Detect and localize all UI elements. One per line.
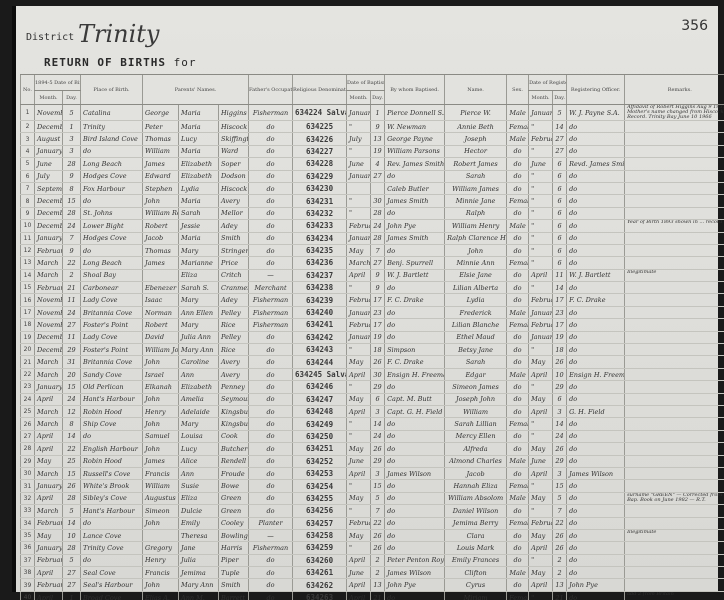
register-day-cell: 11 (553, 269, 567, 281)
remarks-cell: Illegitimate (625, 529, 724, 541)
baptised-by-cell: Simpson (385, 344, 445, 356)
birth-day-cell: 12 (63, 405, 81, 417)
father-name-cell: Francis (143, 567, 179, 579)
table-row: 18November27Foster's PointRobertMaryRice… (21, 319, 724, 331)
father-name-cell: Stephen (143, 182, 179, 194)
table-row: 32April28Sibley's CoveAugustusElizaGreen… (21, 492, 724, 504)
table-row: 5June28Long BeachJamesElizabethSoperdo63… (21, 158, 724, 170)
table-row: 13March22Long BeachJamesMariannePricedo6… (21, 257, 724, 269)
baptism-day-cell: 28 (371, 232, 385, 244)
mother-name-cell: Mary (179, 294, 219, 306)
birth-month-cell: March (35, 269, 63, 281)
birth-day-cell: 9 (63, 170, 81, 182)
register-month-cell: April (529, 467, 553, 479)
religious-denomination-cell: 634237 (293, 269, 347, 281)
baptism-day-cell: 13 (371, 133, 385, 145)
surname-cell: Bowe (219, 480, 249, 492)
birth-month-cell: June (35, 158, 63, 170)
registering-officer-cell: do (567, 207, 625, 219)
row-number-cell: 34 (21, 517, 35, 529)
surname-cell: Avery (219, 368, 249, 380)
baptism-month-cell: June (347, 455, 371, 467)
father-occupation-cell: do (249, 257, 293, 269)
place-of-birth-cell: Long Beach (81, 158, 143, 170)
birth-day-cell: 2 (63, 269, 81, 281)
register-month-cell: April (529, 542, 553, 554)
baptised-by-cell: Capt. G. H. Field (385, 405, 445, 417)
table-row: 22March20Sandy CoveIsraelAnnAverydo63424… (21, 368, 724, 380)
col-occupation: Father's Occupation. (249, 75, 293, 105)
birth-day-cell: 27 (63, 579, 81, 591)
row-number-cell: 14 (21, 269, 35, 281)
table-row: 29May25Robin HoodJamesAliceRendelldo6342… (21, 455, 724, 467)
father-occupation-cell: do (249, 381, 293, 393)
baptised-by-cell: James Wilson (385, 567, 445, 579)
register-month-cell: May (529, 492, 553, 504)
father-occupation-cell: do (249, 393, 293, 405)
registering-officer-cell: do (567, 418, 625, 430)
baptism-month-cell: April (347, 591, 371, 600)
remarks-cell (625, 133, 724, 145)
father-occupation-cell: do (249, 170, 293, 182)
baptism-month-cell: " (347, 121, 371, 133)
father-occupation-cell: Fisherman (249, 105, 293, 121)
register-day-cell: 17 (553, 319, 567, 331)
father-occupation-cell: Fisherman (249, 542, 293, 554)
place-of-birth-cell: Hodges Cove (81, 232, 143, 244)
mother-name-cell: Alice (179, 455, 219, 467)
remarks-cell (625, 467, 724, 479)
surname-cell: Soper (219, 158, 249, 170)
sex-cell: Female (507, 591, 529, 600)
religious-denomination-cell: 634261 (293, 567, 347, 579)
father-name-cell: James (143, 455, 179, 467)
child-name-cell: Louis Mark (445, 542, 507, 554)
father-name-cell: Thomas (143, 244, 179, 256)
religious-denomination-cell: 634226 (293, 133, 347, 145)
child-name-cell: William James (445, 182, 507, 194)
religious-denomination-cell: 634238 (293, 282, 347, 294)
baptised-by-cell: do (385, 418, 445, 430)
mother-name-cell: Elizabeth (179, 170, 219, 182)
birth-month-cell: February (35, 579, 63, 591)
child-name-cell: Hector (445, 145, 507, 157)
register-month-cell: May (529, 567, 553, 579)
table-row: 11January7Hodges CoveJacobMariaSmithdo63… (21, 232, 724, 244)
row-number-cell: 18 (21, 319, 35, 331)
birth-day-cell: 24 (63, 393, 81, 405)
register-month-cell: " (529, 195, 553, 207)
father-occupation-cell: Merchant (249, 282, 293, 294)
child-name-cell: Joseph John (445, 393, 507, 405)
baptised-by-cell: do (385, 505, 445, 517)
col-baptised-by: By whom Baptised. (385, 75, 445, 105)
remarks-cell (625, 567, 724, 579)
register-day-cell: 26 (553, 529, 567, 541)
row-number-cell: 1 (21, 105, 35, 121)
sex-cell: Male (507, 368, 529, 380)
table-row: 33March5Hant's HarbourSimeonDulcieGreend… (21, 505, 724, 517)
remarks-cell (625, 319, 724, 331)
birth-month-cell: April (35, 567, 63, 579)
birth-day-cell: 27 (63, 319, 81, 331)
baptised-by-cell: do (385, 542, 445, 554)
register-month-cell: " (529, 145, 553, 157)
sex-cell: do (507, 554, 529, 566)
father-occupation-cell: do (249, 331, 293, 343)
sex-cell: do (507, 467, 529, 479)
register-month-cell: " (529, 182, 553, 194)
remarks-cell (625, 282, 724, 294)
place-of-birth-cell: White's Brook (81, 480, 143, 492)
register-month-cell: " (529, 480, 553, 492)
row-number-cell: 16 (21, 294, 35, 306)
birth-month-cell: April (35, 443, 63, 455)
remarks-cell (625, 542, 724, 554)
child-name-cell: Lilian Blanche (445, 319, 507, 331)
remarks-cell (625, 505, 724, 517)
mother-name-cell: Lucy (179, 133, 219, 145)
birth-month-cell: April (35, 591, 63, 600)
place-of-birth-cell: Robin Hood (81, 405, 143, 417)
birth-day-cell: 28 (63, 158, 81, 170)
father-name-cell: John (143, 579, 179, 591)
table-row: 40April1Broad CoveElias A.Ann M.Barrettd… (21, 591, 724, 600)
birth-day-cell: 8 (63, 182, 81, 194)
registering-officer-cell: do (567, 554, 625, 566)
father-occupation-cell: do (249, 455, 293, 467)
father-occupation-cell: do (249, 443, 293, 455)
register-month-cell: June (529, 158, 553, 170)
register-month-cell: " (529, 121, 553, 133)
baptised-by-cell: do (385, 306, 445, 318)
register-day-cell: 6 (553, 207, 567, 219)
remarks-cell (625, 455, 724, 467)
father-name-cell: John (143, 195, 179, 207)
child-name-cell: Sarah (445, 170, 507, 182)
father-name-cell: James (143, 257, 179, 269)
birth-month-cell: April (35, 393, 63, 405)
remarks-cell (625, 418, 724, 430)
surname-cell: Ward (219, 145, 249, 157)
baptism-day-cell: 14 (371, 418, 385, 430)
mother-name-cell: Maria (179, 121, 219, 133)
district-label: District (26, 32, 74, 43)
birth-day-cell: 5 (63, 505, 81, 517)
birth-month-cell: February (35, 517, 63, 529)
baptised-by-cell: do (385, 492, 445, 504)
table-row: 17November24Britannia CoveNormanAnn Elle… (21, 306, 724, 318)
mother-name-cell: Sarah (179, 207, 219, 219)
surname-cell: Hiscock (219, 182, 249, 194)
register-month-cell: February (529, 133, 553, 145)
table-row: 28April22English HarbourJohnLucyButcherd… (21, 443, 724, 455)
birth-day-cell: 8 (63, 418, 81, 430)
mother-name-cell: Theresa (179, 529, 219, 541)
register-day-cell: 27 (553, 133, 567, 145)
baptism-day-cell: 7 (371, 244, 385, 256)
row-number-cell: 30 (21, 467, 35, 479)
baptised-by-cell: do (385, 443, 445, 455)
row-number-cell: 38 (21, 567, 35, 579)
register-month-cell: January (529, 331, 553, 343)
birth-month-cell: January (35, 480, 63, 492)
row-number-cell: 33 (21, 505, 35, 517)
row-number-cell: 40 (21, 591, 35, 600)
register-month-cell: " (529, 505, 553, 517)
register-month-cell: " (529, 220, 553, 232)
father-name-cell: John (143, 517, 179, 529)
table-row: 37February5doHenryJuliaPiperdo634260Apri… (21, 554, 724, 566)
mother-name-cell: Mary Ann (179, 344, 219, 356)
mother-name-cell: Ann M. (179, 591, 219, 600)
baptism-month-cell: April (347, 579, 371, 591)
religious-denomination-cell: 634236 (293, 257, 347, 269)
row-number-cell: 12 (21, 244, 35, 256)
surname-cell: Piper (219, 554, 249, 566)
sex-cell: Female (507, 195, 529, 207)
mother-name-cell: Adelaide (179, 405, 219, 417)
father-occupation-cell: do (249, 158, 293, 170)
table-row: 14March2Shoal BayElizaCritch—634237April… (21, 269, 724, 281)
child-name-cell: Edgar (445, 368, 507, 380)
baptism-month-cell: February (347, 220, 371, 232)
place-of-birth-cell: Lance Cove (81, 529, 143, 541)
father-occupation-cell: do (249, 232, 293, 244)
religious-denomination-cell: 634229 (293, 170, 347, 182)
father-name-cell: William (143, 480, 179, 492)
remarks-cell (625, 121, 724, 133)
religious-denomination-cell: 634230 (293, 182, 347, 194)
col-register: Date of Register. (529, 75, 567, 91)
place-of-birth-cell: Foster's Point (81, 319, 143, 331)
father-name-cell: Edward (143, 170, 179, 182)
father-occupation-cell: do (249, 344, 293, 356)
baptism-month-cell: January (347, 232, 371, 244)
sex-cell: Female (507, 418, 529, 430)
surname-cell: Stringer (219, 244, 249, 256)
child-name-cell: Ethel Maud (445, 331, 507, 343)
mother-name-cell: Dulcie (179, 505, 219, 517)
father-name-cell: John (143, 418, 179, 430)
birth-month-cell: January (35, 145, 63, 157)
baptism-day-cell: 7 (371, 505, 385, 517)
surname-cell: Barrett (219, 591, 249, 600)
father-name-cell: John (143, 356, 179, 368)
register-day-cell: 24 (553, 430, 567, 442)
father-occupation-cell: — (249, 529, 293, 541)
place-of-birth-cell: St. Johns (81, 207, 143, 219)
place-of-birth-cell: Hant's Harbour (81, 393, 143, 405)
birth-day-cell: 28 (63, 207, 81, 219)
baptised-by-cell: Rev. James Smith (385, 158, 445, 170)
mother-name-cell: Ann Ellen (179, 306, 219, 318)
father-occupation-cell: Fisherman (249, 294, 293, 306)
place-of-birth-cell: Lower Bight (81, 220, 143, 232)
register-month-cell: January (529, 306, 553, 318)
registering-officer-cell: do (567, 455, 625, 467)
baptism-day-cell: 29 (371, 381, 385, 393)
registering-officer-cell: do (567, 344, 625, 356)
table-row: 6July9Hodges CoveEdwardElizabethDodsondo… (21, 170, 724, 182)
birth-month-cell: January (35, 232, 63, 244)
birth-day-cell: 15 (63, 381, 81, 393)
baptised-by-cell: do (385, 529, 445, 541)
table-row: 8December15doJohnMariaAverydo634231"30Ja… (21, 195, 724, 207)
surname-cell: Avery (219, 195, 249, 207)
father-name-cell: William John (143, 344, 179, 356)
mother-name-cell: Ann (179, 368, 219, 380)
baptism-day-cell: 9 (371, 282, 385, 294)
register-month-cell: " (529, 418, 553, 430)
religious-denomination-cell: 634254 (293, 480, 347, 492)
title-text: RETURN OF BIRTHS (44, 56, 166, 69)
row-number-cell: 23 (21, 381, 35, 393)
father-name-cell: Samuel (143, 430, 179, 442)
register-month-cell: May (529, 356, 553, 368)
baptism-day-cell: 13 (371, 579, 385, 591)
father-occupation-cell: do (249, 182, 293, 194)
row-number-cell: 2 (21, 121, 35, 133)
baptism-month-cell: " (347, 418, 371, 430)
religious-denomination-cell: 634245 Salvation Army (293, 368, 347, 380)
row-number-cell: 7 (21, 182, 35, 194)
father-occupation-cell: Fisherman (249, 319, 293, 331)
religious-denomination-cell: 634260 (293, 554, 347, 566)
father-name-cell: Isaac (143, 294, 179, 306)
place-of-birth-cell: Sandy Cove (81, 368, 143, 380)
remarks-cell: Affidavit of Robert Higgins Aug 9 1937 —… (625, 105, 724, 121)
child-name-cell: Betsy Jane (445, 344, 507, 356)
mother-name-cell: Ann (179, 467, 219, 479)
register-month-cell: February (529, 319, 553, 331)
baptism-month-cell: April (347, 405, 371, 417)
religious-denomination-cell: 634224 Salvation Army (293, 105, 347, 121)
father-name-cell: Gregory (143, 542, 179, 554)
row-number-cell: 5 (21, 158, 35, 170)
register-day-cell: 14 (553, 121, 567, 133)
mother-name-cell: Mary (179, 418, 219, 430)
registering-officer-cell: do (567, 195, 625, 207)
birth-day-cell: 20 (63, 368, 81, 380)
register-month-cell: May (529, 529, 553, 541)
baptised-by-cell: Pierce Donnell S.A. (385, 105, 445, 121)
surname-cell: Bowling (219, 529, 249, 541)
register-day-cell: 10 (553, 368, 567, 380)
mother-name-cell: Mary Ann (179, 579, 219, 591)
baptised-by-cell: do (385, 517, 445, 529)
sex-cell: do (507, 282, 529, 294)
child-name-cell: Ralph (445, 207, 507, 219)
register-month-cell: April (529, 368, 553, 380)
baptism-month-cell: April (347, 467, 371, 479)
father-occupation-cell: do (249, 418, 293, 430)
religious-denomination-cell: 634250 (293, 430, 347, 442)
remarks-cell (625, 430, 724, 442)
sex-cell: do (507, 356, 529, 368)
remarks-cell (625, 517, 724, 529)
birth-day-cell: 24 (63, 306, 81, 318)
baptism-month-cell: " (347, 381, 371, 393)
registering-officer-cell: James Wilson (567, 467, 625, 479)
child-name-cell: Elsie Jane (445, 269, 507, 281)
surname-cell: Dodson (219, 170, 249, 182)
baptised-by-cell: W. J. Bartlett (385, 269, 445, 281)
remarks-cell (625, 257, 724, 269)
register-month-cell: " (529, 554, 553, 566)
baptised-by-cell: do (385, 455, 445, 467)
remarks-cell (625, 195, 724, 207)
sex-cell: do (507, 182, 529, 194)
mother-name-cell: Eliza (179, 269, 219, 281)
register-day-cell: 26 (553, 443, 567, 455)
baptism-month-cell: January (347, 306, 371, 318)
mother-name-cell: Julia Ann (179, 331, 219, 343)
surname-cell: Hiscock (219, 121, 249, 133)
register-day-cell: 13 (553, 579, 567, 591)
birth-day-cell: 31 (63, 356, 81, 368)
birth-day-cell: 14 (63, 517, 81, 529)
birth-month-cell: January (35, 381, 63, 393)
registering-officer-cell: do (567, 492, 625, 504)
birth-day-cell: 11 (63, 294, 81, 306)
place-of-birth-cell: Hant's Harbour (81, 505, 143, 517)
baptism-day-cell: 3 (371, 467, 385, 479)
baptised-by-cell: F. C. Drake (385, 356, 445, 368)
remarks-cell (625, 207, 724, 219)
child-name-cell: Joseph (445, 133, 507, 145)
registering-officer-cell: do (567, 232, 625, 244)
col-religion: Religious Denomination. (293, 75, 347, 105)
baptism-month-cell (347, 182, 371, 194)
baptised-by-cell: Ensign H. Freeman (385, 368, 445, 380)
birth-month-cell: March (35, 418, 63, 430)
mother-name-cell: Jane (179, 542, 219, 554)
surname-cell: Kingsbury (219, 405, 249, 417)
baptism-day-cell: 4 (371, 158, 385, 170)
remarks-cell: surname "GREEN" — Corrected from Bap. Bo… (625, 492, 724, 504)
father-occupation-cell: do (249, 405, 293, 417)
register-day-cell: 29 (553, 381, 567, 393)
mother-name-cell: Emily (179, 517, 219, 529)
religious-denomination-cell: 634233 (293, 220, 347, 232)
father-occupation-cell: do (249, 567, 293, 579)
baptism-day-cell: 26 (371, 529, 385, 541)
row-number-cell: 32 (21, 492, 35, 504)
birth-day-cell: 5 (63, 554, 81, 566)
register-day-cell: 6 (553, 220, 567, 232)
place-of-birth-cell: Hodges Cove (81, 170, 143, 182)
table-row: 16November11Lady CoveIsaacMaryAdeyFisher… (21, 294, 724, 306)
religious-denomination-cell: 634232 (293, 207, 347, 219)
register-month-cell: " (529, 381, 553, 393)
child-name-cell: Alfreda (445, 443, 507, 455)
religious-denomination-cell: 634251 (293, 443, 347, 455)
birth-month-cell: January (35, 542, 63, 554)
col-parents: Parents' Names. (143, 75, 249, 105)
registering-officer-cell: do (567, 505, 625, 517)
baptised-by-cell: James Smith (385, 232, 445, 244)
register-month-cell: April (529, 579, 553, 591)
baptism-day-cell: 19 (371, 145, 385, 157)
table-row: 26March8Ship CoveJohnMaryKingsburydo6342… (21, 418, 724, 430)
sex-cell: Male (507, 492, 529, 504)
place-of-birth-cell: Lady Cove (81, 331, 143, 343)
table-row: 30March15Russell's CoveFrancisAnnFrouded… (21, 467, 724, 479)
child-name-cell: Mercy Ellen (445, 430, 507, 442)
baptism-month-cell: May (347, 492, 371, 504)
child-name-cell: Annie Beth (445, 121, 507, 133)
